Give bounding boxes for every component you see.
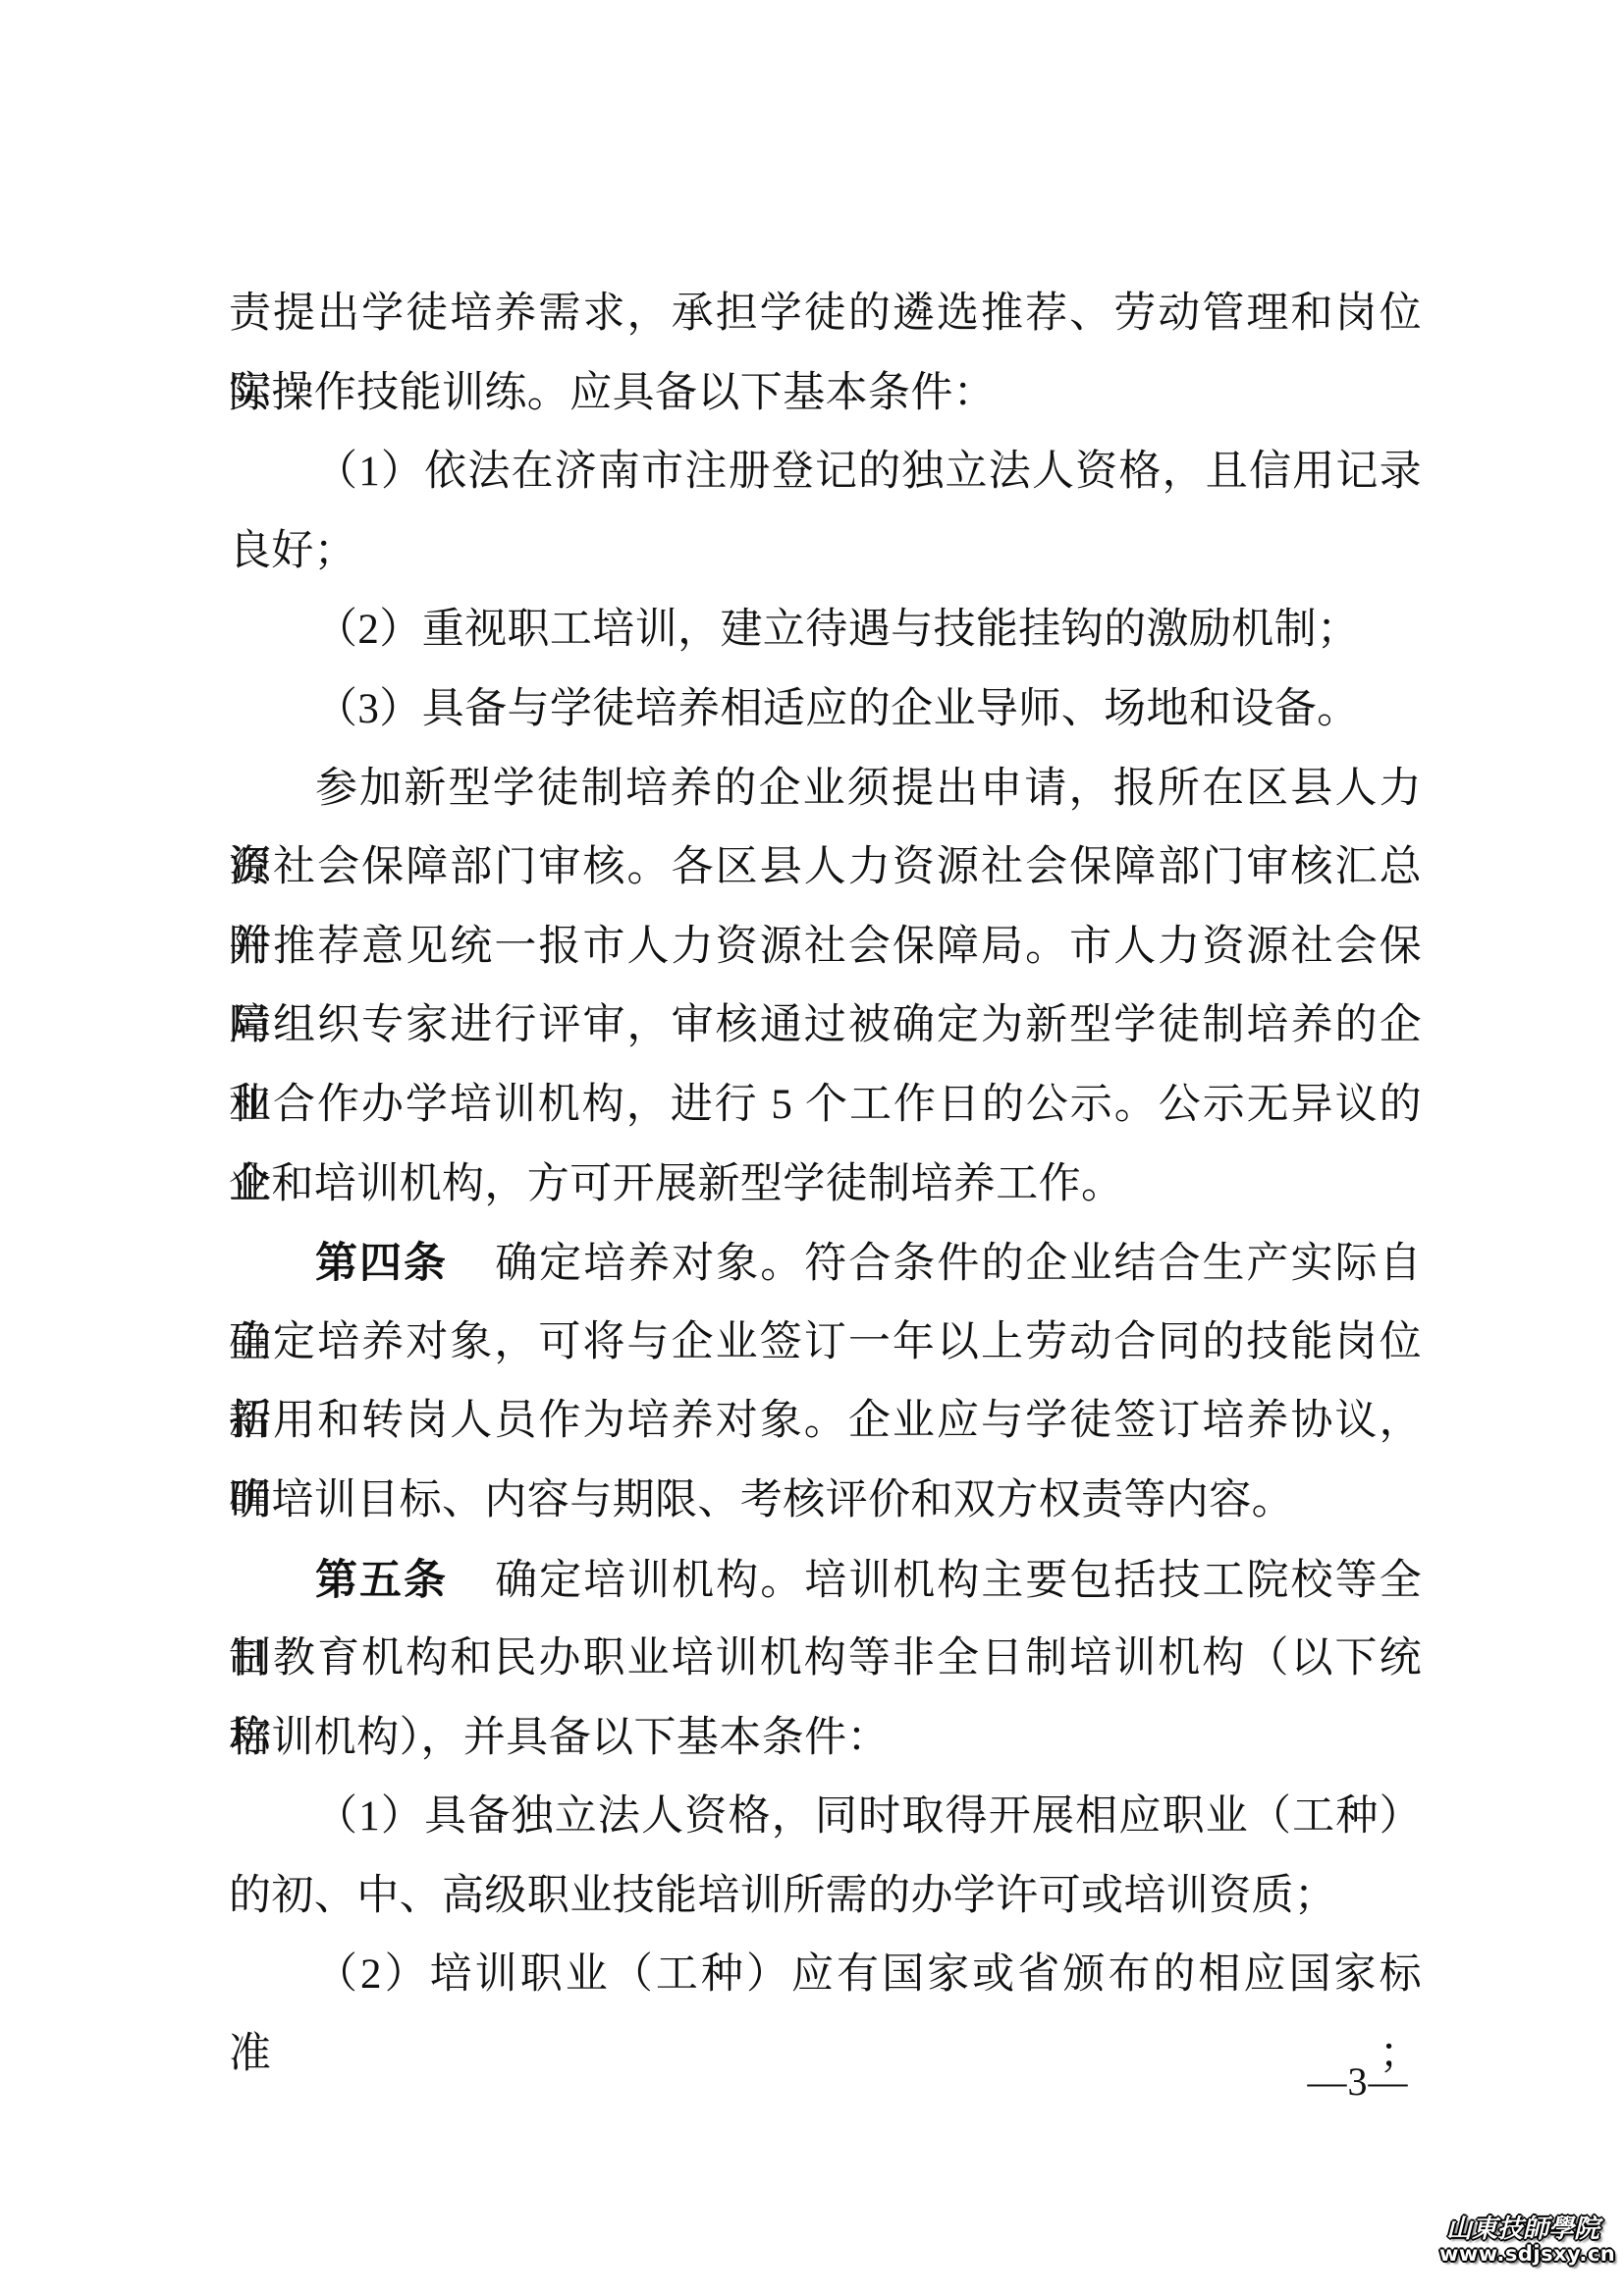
text-line: 和合作办学培训机构，进行 5 个工作日的公示。公示无异议的企 (229, 1066, 1422, 1146)
text-line: （2）培训职业（工种）应有国家或省颁布的相应国家标准； (229, 1936, 1422, 2015)
text-segment: 确培训目标、内容与期限、考核评价和双方权责等内容。 (229, 1477, 1294, 1523)
text-segment: （1）具备独立法人资格，同时取得开展相应职业（工种） (315, 1793, 1422, 1840)
document-page: 责提出学徒培养需求，承担学徒的遴选推荐、劳动管理和岗位实际操作技能训练。应具备以… (0, 0, 1624, 2296)
text-line: （2）重视职工培训，建立待遇与技能挂钩的激励机制； (229, 591, 1422, 670)
article-label: 第四条 (315, 1240, 448, 1287)
text-line: 制教育机构和民办职业培训机构等非全日制培训机构（以下统称 (229, 1620, 1422, 1699)
watermark-site-url: www.sdjsxy.cn (1439, 2242, 1606, 2266)
text-line: （3）具备与学徒培养相适应的企业导师、场地和设备。 (229, 670, 1422, 750)
text-line: 局组织专家进行评审，审核通过被确定为新型学徒制培养的企业 (229, 987, 1422, 1066)
text-segment: （1）依法在济南市注册登记的独立法人资格，且信用记录 (315, 449, 1422, 495)
text-line: 第五条确定培训机构。培训机构主要包括技工院校等全日 (229, 1541, 1422, 1621)
text-segment: 际操作技能训练。应具备以下基本条件： (229, 370, 996, 416)
text-segment: （3）具备与学徒培养相适应的企业导师、场地和设备。 (315, 686, 1360, 732)
text-line: （1）依法在济南市注册登记的独立法人资格，且信用记录 (229, 433, 1422, 512)
text-line: 第四条确定培养对象。符合条件的企业结合生产实际自主 (229, 1224, 1422, 1304)
text-line: 源社会保障部门审核。各区县人力资源社会保障部门审核汇总并 (229, 828, 1422, 908)
text-line: 参加新型学徒制培养的企业须提出申请，报所在区县人力资 (229, 750, 1422, 829)
text-line: 确定培养对象，可将与企业签订一年以上劳动合同的技能岗位新 (229, 1304, 1422, 1383)
text-segment: 的初、中、高级职业技能培训所需的办学许可或培训资质； (229, 1873, 1336, 1919)
page-number: —3— (1294, 2059, 1422, 2105)
article-label: 第五条 (315, 1557, 448, 1604)
watermark-institution-name: 山東技師學院 (1439, 2216, 1606, 2242)
text-line: 确培训目标、内容与期限、考核评价和双方权责等内容。 (229, 1462, 1422, 1541)
text-segment: 业和培训机构，方可开展新型学徒制培养工作。 (229, 1161, 1123, 1207)
site-watermark: 山東技師學院 www.sdjsxy.cn (1439, 2216, 1606, 2266)
text-line: 际操作技能训练。应具备以下基本条件： (229, 354, 1422, 434)
text-line: 附推荐意见统一报市人力资源社会保障局。市人力资源社会保障 (229, 908, 1422, 988)
text-line: 招用和转岗人员作为培养对象。企业应与学徒签订培养协议，明 (229, 1382, 1422, 1462)
text-line: 培训机构），并具备以下基本条件： (229, 1699, 1422, 1779)
text-segment: （2）重视职工培训，建立待遇与技能挂钩的激励机制； (315, 607, 1360, 653)
text-segment: 良好； (229, 528, 356, 574)
text-segment: 培训机构），并具备以下基本条件： (229, 1715, 890, 1761)
document-body: 责提出学徒培养需求，承担学徒的遴选推荐、劳动管理和岗位实际操作技能训练。应具备以… (229, 275, 1422, 2015)
text-segment: （2）培训职业（工种）应有国家或省颁布的相应国家标准； (229, 1951, 1422, 2077)
text-line: 的初、中、高级职业技能培训所需的办学许可或培训资质； (229, 1857, 1422, 1937)
text-line: 责提出学徒培养需求，承担学徒的遴选推荐、劳动管理和岗位实 (229, 275, 1422, 354)
text-line: 良好； (229, 512, 1422, 592)
text-line: （1）具备独立法人资格，同时取得开展相应职业（工种） (229, 1778, 1422, 1857)
text-line: 业和培训机构，方可开展新型学徒制培养工作。 (229, 1146, 1422, 1225)
